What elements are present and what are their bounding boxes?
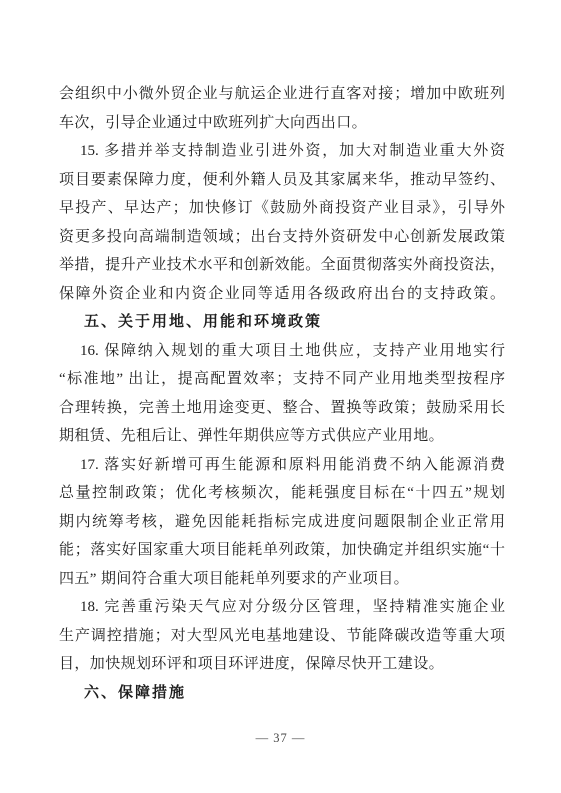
document-line: 资更多投向高端制造领域；出台支持外资研发中心创新发展政策 [59,223,505,252]
document-line: 会组织中小微外贸企业与航运企业进行直客对接；增加中欧班列 [59,80,505,109]
document-page: 会组织中小微外贸企业与航运企业进行直客对接；增加中欧班列车次，引导企业通过中欧班… [0,0,561,793]
document-line: 早投产、早达产；加快修订《鼓励外商投资产业目录》，引导外 [59,194,505,223]
document-line: 举措，提升产业技术水平和创新效能。全面贯彻落实外商投资法， [59,251,505,280]
section-heading: 五、关于用地、用能和环境政策 [59,308,505,337]
document-line: 18. 完善重污染天气应对分级分区管理，坚持精准实施企业 [59,593,505,622]
document-line: 项目要素保障力度，便利外籍人员及其家属来华，推动早签约、 [59,166,505,195]
document-line: 期内统筹考核，避免因能耗指标完成进度问题限制企业正常用 [59,508,505,537]
document-line: 生产调控措施；对大型风光电基地建设、节能降碳改造等重大项 [59,622,505,651]
page-number: — 37 — [0,731,561,746]
document-lines: 会组织中小微外贸企业与航运企业进行直客对接；增加中欧班列车次，引导企业通过中欧班… [59,80,505,707]
document-line: 17. 落实好新增可再生能源和原料用能消费不纳入能源消费 [59,451,505,480]
document-line: 15. 多措并举支持制造业引进外资，加大对制造业重大外资 [59,137,505,166]
document-line: 期租赁、先租后让、弹性年期供应等方式供应产业用地。 [59,422,505,451]
document-line: 保障外资企业和内资企业同等适用各级政府出台的支持政策。 [59,280,505,309]
document-line: 16. 保障纳入规划的重大项目土地供应，支持产业用地实行 [59,337,505,366]
document-line: “标准地” 出让，提高配置效率；支持不同产业用地类型按程序 [59,365,505,394]
document-line: 四五” 期间符合重大项目能耗单列要求的产业项目。 [59,565,505,594]
document-line: 目，加快规划环评和项目环评进度，保障尽快开工建设。 [59,650,505,679]
document-line: 能；落实好国家重大项目能耗单列政策，加快确定并组织实施“十 [59,536,505,565]
document-line: 合理转换，完善土地用途变更、整合、置换等政策；鼓励采用长 [59,394,505,423]
section-heading: 六、保障措施 [59,679,505,708]
document-line: 车次，引导企业通过中欧班列扩大向西出口。 [59,109,505,138]
document-line: 总量控制政策；优化考核频次，能耗强度目标在“十四五”规划 [59,479,505,508]
